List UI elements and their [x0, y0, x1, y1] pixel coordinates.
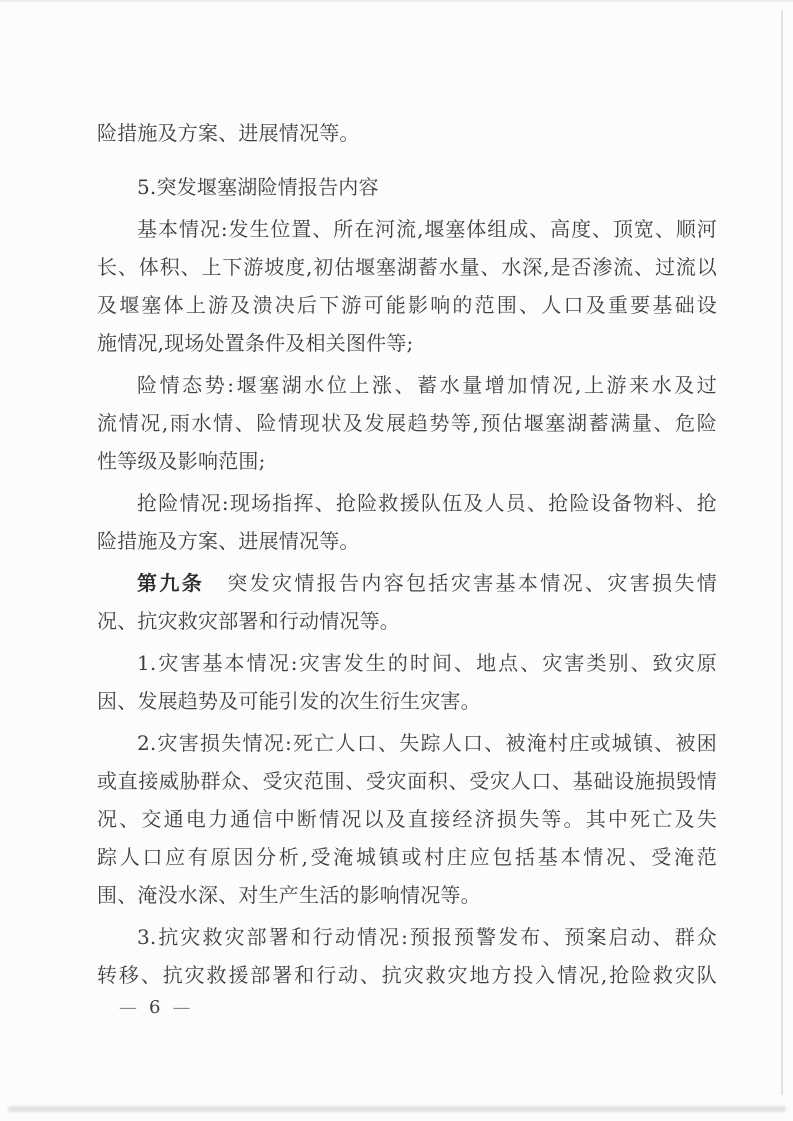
scan-edge-top-artifact — [0, 0, 793, 2]
page-number: 6 — [149, 997, 160, 1018]
text-line: 抢险情况:现场指挥、抢险救援队伍及人员、抢险设备物料、抢 — [97, 484, 717, 522]
scan-edge-right-artifact — [781, 10, 783, 1095]
footer-dash-right: — — [172, 997, 190, 1018]
text-line: 因、发展趋势及可能引发的次生衍生灾害。 — [97, 682, 717, 720]
text-line: 或直接威胁群众、受灾范围、受灾面积、受灾人口、基础设施损毁情 — [97, 762, 717, 800]
document-body: 险措施及方案、进展情况等。5.突发堰塞湖险情报告内容基本情况:发生位置、所在河流… — [97, 114, 717, 994]
text-line: 性等级及影响范围; — [97, 442, 717, 480]
text-line: 长、体积、上下游坡度,初估堰塞湖蓄水量、水深,是否渗流、过流以 — [97, 248, 717, 286]
text-line: 3.抗灾救灾部署和行动情况:预报预警发布、预案启动、群众 — [97, 918, 717, 956]
article-number: 第九条 — [137, 573, 204, 595]
text-line: 险措施及方案、进展情况等。 — [97, 114, 717, 152]
text-line: 况、抗灾救灾部署和行动情况等。 — [97, 602, 717, 640]
text-line: 流情况,雨水情、险情现状及发展趋势等,预估堰塞湖蓄满量、危险 — [97, 404, 717, 442]
text-line: 2.灾害损失情况:死亡人口、失踪人口、被淹村庄或城镇、被困 — [97, 724, 717, 762]
text-line: 基本情况:发生位置、所在河流,堰塞体组成、高度、顶宽、顺河 — [97, 210, 717, 248]
text-line: 转移、抗灾救援部署和行动、抗灾救灾地方投入情况,抢险救灾队 — [97, 956, 717, 994]
text-segment: 突发灾情报告内容包括灾害基本情况、灾害损失情 — [225, 571, 717, 595]
article-heading-line: 第九条突发灾情报告内容包括灾害基本情况、灾害损失情 — [97, 564, 717, 602]
text-line: 5.突发堰塞湖险情报告内容 — [97, 168, 717, 206]
text-line: 及堰塞体上游及溃决后下游可能影响的范围、人口及重要基础设 — [97, 286, 717, 324]
text-line: 况、交通电力通信中断情况以及直接经济损失等。其中死亡及失 — [97, 800, 717, 838]
text-line: 踪人口应有原因分析,受淹城镇或村庄应包括基本情况、受淹范 — [97, 838, 717, 876]
text-line: 1.灾害基本情况:灾害发生的时间、地点、灾害类别、致灾原 — [97, 644, 717, 682]
scanned-document-page: 险措施及方案、进展情况等。5.突发堰塞湖险情报告内容基本情况:发生位置、所在河流… — [0, 0, 793, 1121]
scan-shadow-bottom-artifact — [8, 1106, 786, 1112]
text-line: 施情况,现场处置条件及相关图件等; — [97, 324, 717, 362]
page-footer: —6— — [119, 996, 190, 1018]
text-line: 险情态势:堰塞湖水位上涨、蓄水量增加情况,上游来水及过 — [97, 366, 717, 404]
footer-dash-left: — — [119, 997, 137, 1018]
text-line: 围、淹没水深、对生产生活的影响情况等。 — [97, 876, 717, 914]
text-line: 险措施及方案、进展情况等。 — [97, 522, 717, 560]
